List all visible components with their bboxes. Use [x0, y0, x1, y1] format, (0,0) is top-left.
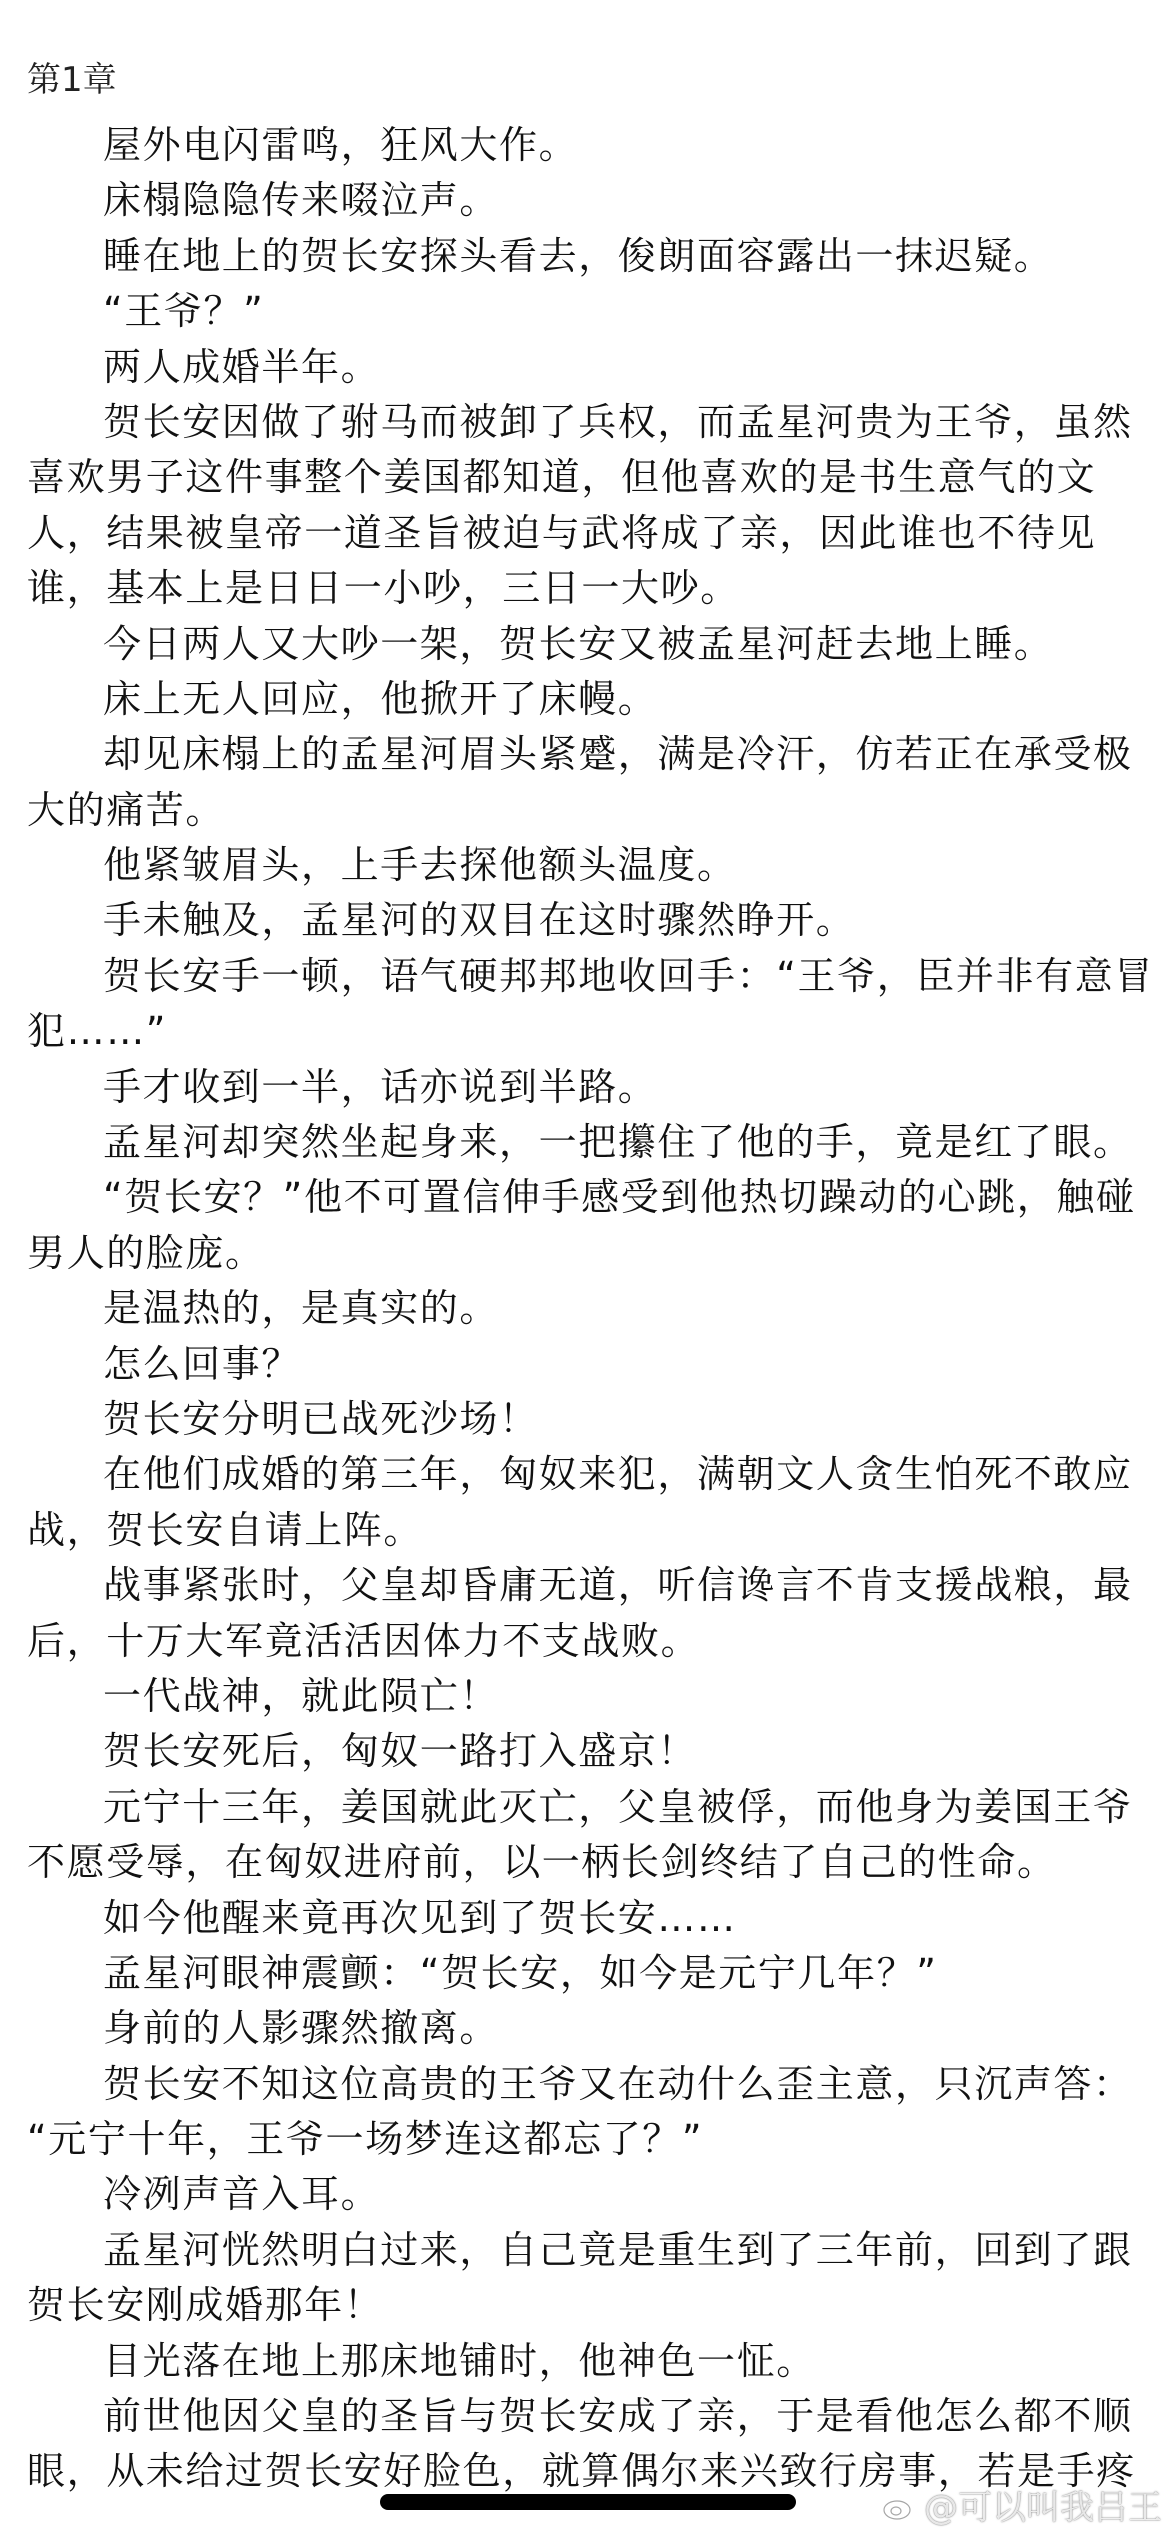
- text-line: 贺长安分明已战死沙场！: [27, 1392, 1157, 1447]
- text-line: 男人的脸庞。: [27, 1226, 1157, 1281]
- text-line: 目光落在地上那床地铺时，他神色一怔。: [27, 2334, 1157, 2389]
- text-line: 床榻隐隐传来啜泣声。: [27, 173, 1157, 228]
- text-line: 前世他因父皇的圣旨与贺长安成了亲，于是看他怎么都不顺: [27, 2389, 1157, 2444]
- text-line: 睡在地上的贺长安探头看去，俊朗面容露出一抹迟疑。: [27, 229, 1157, 284]
- text-line: 不愿受辱，在匈奴进府前，以一柄长剑终结了自己的性命。: [27, 1835, 1157, 1890]
- text-line: 床上无人回应，他掀开了床幔。: [27, 672, 1157, 727]
- text-line: 犯……”: [27, 1004, 1157, 1059]
- text-line: 贺长安因做了驸马而被卸了兵权，而孟星河贵为王爷，虽然: [27, 395, 1157, 450]
- text-line: 大的痛苦。: [27, 783, 1157, 838]
- text-line: 人，结果被皇帝一道圣旨被迫与武将成了亲，因此谁也不待见: [27, 506, 1157, 561]
- text-line: 贺长安死后，匈奴一路打入盛京！: [27, 1724, 1157, 1779]
- text-line: 手才收到一半，话亦说到半路。: [27, 1060, 1157, 1115]
- text-line: 孟星河眼神震颤：“贺长安，如今是元宁几年？”: [27, 1946, 1157, 2001]
- text-line: 后，十万大军竟活活因体力不支战败。: [27, 1614, 1157, 1669]
- text-line: 却见床榻上的孟星河眉头紧蹙，满是冷汗，仿若正在承受极: [27, 727, 1157, 782]
- text-line: 冷冽声音入耳。: [27, 2167, 1157, 2222]
- text-line: 是温热的，是真实的。: [27, 1281, 1157, 1336]
- text-line: “王爷？”: [27, 284, 1157, 339]
- text-line: 贺长安不知这位高贵的王爷又在动什么歪主意，只沉声答：: [27, 2057, 1157, 2112]
- text-line: 战，贺长安自请上阵。: [27, 1503, 1157, 1558]
- watermark-text: @可以叫我吕王: [924, 2480, 1162, 2529]
- reader-page: 第1章 屋外电闪雷鸣，狂风大作。 床榻隐隐传来啜泣声。 睡在地上的贺长安探头看去…: [0, 0, 1170, 2532]
- text-line: 屋外电闪雷鸣，狂风大作。: [27, 118, 1157, 173]
- text-line: 如今他醒来竟再次见到了贺长安……: [27, 1891, 1157, 1946]
- text-line: 他紧皱眉头，上手去探他额头温度。: [27, 838, 1157, 893]
- text-line: 谁，基本上是日日一小吵，三日一大吵。: [27, 561, 1157, 616]
- text-line: “贺长安？”他不可置信伸手感受到他热切躁动的心跳，触碰: [27, 1170, 1157, 1225]
- text-line: 战事紧张时，父皇却昏庸无道，听信谗言不肯支援战粮，最: [27, 1558, 1157, 1613]
- text-line: 孟星河恍然明白过来，自己竟是重生到了三年前，回到了跟: [27, 2223, 1157, 2278]
- text-line: 两人成婚半年。: [27, 340, 1157, 395]
- text-line: 元宁十三年，姜国就此灭亡，父皇被俘，而他身为姜国王爷: [27, 1780, 1157, 1835]
- text-line: 在他们成婚的第三年，匈奴来犯，满朝文人贪生怕死不敢应: [27, 1447, 1157, 1502]
- text-line: 贺长安手一顿，语气硬邦邦地收回手：“王爷，臣并非有意冒: [27, 949, 1157, 1004]
- text-line: 贺长安刚成婚那年！: [27, 2278, 1157, 2333]
- text-line: 一代战神，就此陨亡！: [27, 1669, 1157, 1724]
- text-line: 喜欢男子这件事整个姜国都知道，但他喜欢的是书生意气的文: [27, 450, 1157, 505]
- chapter-body: 屋外电闪雷鸣，狂风大作。 床榻隐隐传来啜泣声。 睡在地上的贺长安探头看去，俊朗面…: [27, 118, 1157, 2500]
- watermark: @可以叫我吕王: [882, 2480, 1162, 2529]
- text-line: “元宁十年，王爷一场梦连这都忘了？”: [27, 2112, 1157, 2167]
- weibo-icon: [882, 2490, 918, 2520]
- text-line: 孟星河却突然坐起身来，一把攥住了他的手，竟是红了眼。: [27, 1115, 1157, 1170]
- chapter-title: 第1章: [27, 58, 117, 102]
- home-indicator[interactable]: [380, 2494, 796, 2510]
- text-line: 身前的人影骤然撤离。: [27, 2001, 1157, 2056]
- text-line: 今日两人又大吵一架，贺长安又被孟星河赶去地上睡。: [27, 617, 1157, 672]
- text-line: 怎么回事？: [27, 1337, 1157, 1392]
- text-line: 手未触及，孟星河的双目在这时骤然睁开。: [27, 893, 1157, 948]
